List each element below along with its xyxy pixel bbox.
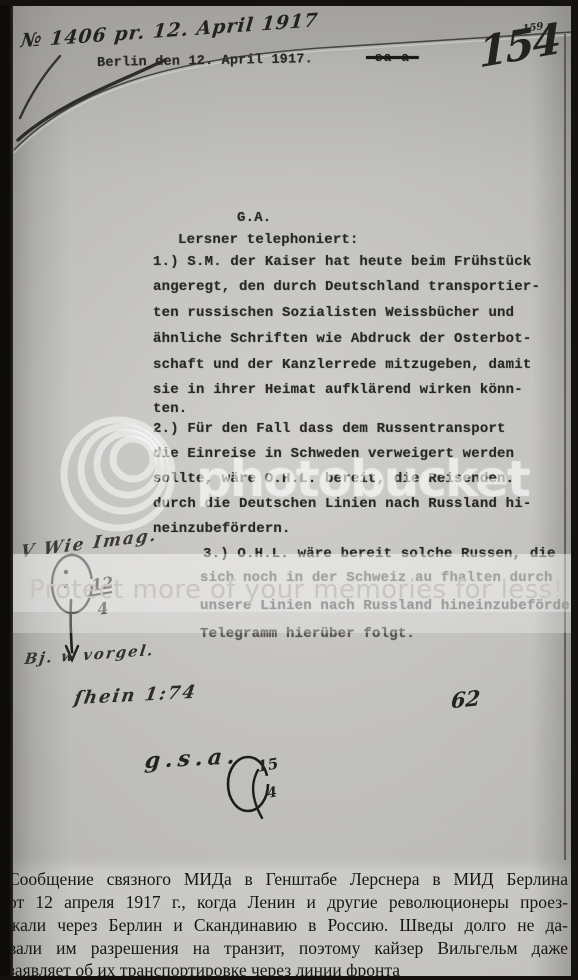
caption-line: вали им разрешения на транзит, поэтому к… [8, 938, 568, 959]
photo-border-left [0, 0, 13, 980]
caption-line: жали через Берлин и Скандинавию в Россию… [8, 915, 568, 936]
scanned-document-photo: № 1406 pr. 12. April 1917 Berlin den 12.… [0, 0, 578, 980]
photobucket-wordmark: photobucket [196, 450, 529, 508]
watermark-band-lower [0, 612, 578, 633]
photo-border-top [0, 0, 578, 6]
caption-line: от 12 апреля 1917 г., когда Ленин и друг… [8, 892, 568, 913]
ring-inner [113, 439, 153, 479]
photo-border-bottom [0, 976, 578, 980]
caption-line: Сообщение связного МИДа в Генштабе Лерсн… [8, 869, 568, 890]
photo-border-right [571, 0, 578, 980]
watermark-tagline: Protect more of your memories for less! [29, 575, 563, 605]
